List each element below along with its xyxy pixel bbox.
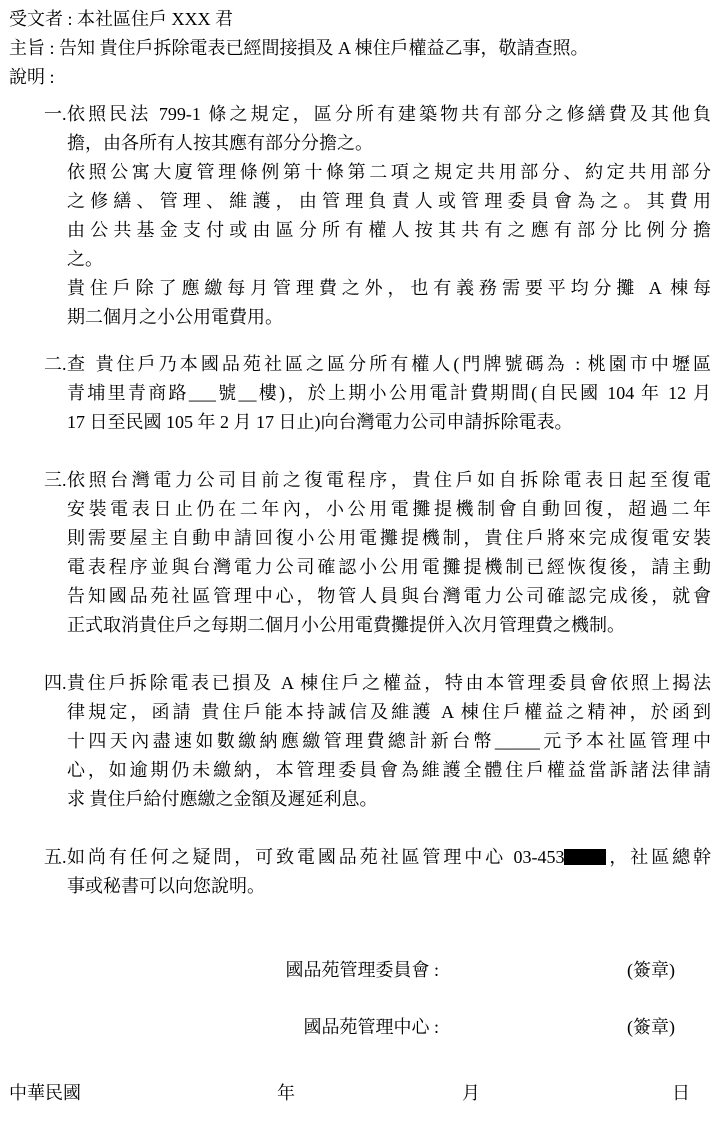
text-line: 17 日至民國 105 年 2 月 17 日止)向台灣電力公司申請拆除電表。 bbox=[67, 408, 711, 437]
list-item: 四.貴住戶拆除電表已損及 A 棟住戶之權益，特由本管理委員會依照上揭法律規定，函… bbox=[67, 669, 711, 814]
letter-header: 受文者 : 本社區住戶 XXX 君 主旨 : 告知 貴住戶拆除電表已經間接損及 … bbox=[0, 0, 720, 92]
signature-row-committee: 國品苑管理委員會 : (簽章) bbox=[0, 956, 720, 985]
text-line: 則需要屋主自動申請回復小公用電攤提機制，貴住戶將來完成復電安裝 bbox=[67, 524, 711, 553]
signature-label-committee: 國品苑管理委員會 : bbox=[285, 956, 439, 985]
text-line: 電表程序並與台灣電力公司確認小公用電攤提機制已經恢復後，請主動 bbox=[67, 553, 711, 582]
text-segment: 如尚有任何之疑問，可致電國品苑社區管理中心 03-453 bbox=[67, 847, 564, 867]
text-line: 由公共基金支付或由區分所有權人按其共有之應有部分比例分擔 bbox=[67, 216, 711, 245]
text-line: 心，如逾期仍未繳納，本管理委員會為維護全體住戶權益當訴諸法律請 bbox=[67, 756, 711, 785]
text-segment: ，社區總幹 bbox=[606, 847, 711, 867]
list-item: 三.依照台灣電力公司目前之復電程序，貴住戶如自拆除電表日起至復電安裝電表日止仍在… bbox=[67, 466, 711, 640]
item-number: 四. bbox=[44, 669, 67, 698]
text-line: 十四天內盡速如數繳納應繳管理費總計新台幣_____元予本社區管理中 bbox=[67, 727, 711, 756]
statement-list: 一.依照民法 799-1 條之規定，區分所有建築物共有部分之修繕費及其他負擔，由… bbox=[67, 100, 711, 901]
item-number: 二. bbox=[44, 350, 67, 379]
list-item: 一.依照民法 799-1 條之規定，區分所有建築物共有部分之修繕費及其他負擔，由… bbox=[67, 100, 711, 332]
date-line: 中華民國 年 月 日 bbox=[0, 1079, 720, 1108]
era-label: 中華民國 bbox=[9, 1079, 81, 1108]
text-line: 期二個月之小公用電費用。 bbox=[67, 303, 711, 332]
text-line: 之修繕、管理、維護，由管理負責人或管理委員會為之。其費用 bbox=[67, 187, 711, 216]
text-line: 求 貴住戶給付應繳之金額及遲延利息。 bbox=[67, 785, 711, 814]
signature-label-center: 國品苑管理中心 : bbox=[303, 1013, 439, 1042]
text-line: 安裝電表日止仍在二年內，小公用電攤提機制會自動回復，超過二年 bbox=[67, 495, 711, 524]
text-line: 如尚有任何之疑問，可致電國品苑社區管理中心 03-453，社區總幹 bbox=[67, 843, 711, 872]
text-line: 依照公寓大廈管理條例第十條第二項之規定共用部分、約定共用部分 bbox=[67, 158, 711, 187]
signature-seal-center: (簽章) bbox=[627, 1013, 675, 1042]
redaction-box bbox=[564, 849, 606, 865]
item-number: 三. bbox=[44, 466, 67, 495]
text-line: 青埔里青商路___號__樓)，於上期小公用電計費期間(自民國 104 年 12 … bbox=[67, 379, 711, 408]
text-line: 之。 bbox=[67, 245, 711, 274]
explanation-label: 說明 : bbox=[9, 63, 720, 92]
text-line: 貴住戶拆除電表已損及 A 棟住戶之權益，特由本管理委員會依照上揭法 bbox=[67, 669, 711, 698]
signature-seal-committee: (簽章) bbox=[627, 956, 675, 985]
recipient-line: 受文者 : 本社區住戶 XXX 君 bbox=[9, 5, 720, 34]
signature-row-center: 國品苑管理中心 : (簽章) bbox=[0, 1013, 720, 1042]
year-label: 年 bbox=[277, 1079, 295, 1108]
text-line: 依照民法 799-1 條之規定，區分所有建築物共有部分之修繕費及其他負 bbox=[67, 100, 711, 129]
list-item: 二.查 貴住戶乃本國品苑社區之區分所有權人(門牌號碼為 : 桃園市中壢區青埔里青… bbox=[67, 350, 711, 437]
item-number: 一. bbox=[44, 100, 67, 129]
text-line: 查 貴住戶乃本國品苑社區之區分所有權人(門牌號碼為 : 桃園市中壢區 bbox=[67, 350, 711, 379]
text-line: 律規定，函請 貴住戶能本持誠信及維護 A 棟住戶權益之精神，於函到 bbox=[67, 698, 711, 727]
text-line: 依照台灣電力公司目前之復電程序，貴住戶如自拆除電表日起至復電 bbox=[67, 466, 711, 495]
text-line: 貴住戶除了應繳每月管理費之外，也有義務需要平均分攤 A 棟每 bbox=[67, 274, 711, 303]
day-label: 日 bbox=[672, 1079, 690, 1108]
list-item: 五.如尚有任何之疑問，可致電國品苑社區管理中心 03-453，社區總幹事或秘書可… bbox=[67, 843, 711, 901]
text-line: 告知國品苑社區管理中心，物管人員與台灣電力公司確認完成後，就會 bbox=[67, 582, 711, 611]
text-line: 擔，由各所有人按其應有部分分擔之。 bbox=[67, 129, 711, 158]
text-line: 正式取消貴住戶之每期二個月小公用電費攤提併入次月管理費之機制。 bbox=[67, 611, 711, 640]
item-number: 五. bbox=[44, 843, 67, 872]
subject-line: 主旨 : 告知 貴住戶拆除電表已經間接損及 A 棟住戶權益乙事，敬請查照。 bbox=[9, 34, 720, 63]
text-line: 事或秘書可以向您說明。 bbox=[67, 872, 711, 901]
month-label: 月 bbox=[462, 1079, 480, 1108]
